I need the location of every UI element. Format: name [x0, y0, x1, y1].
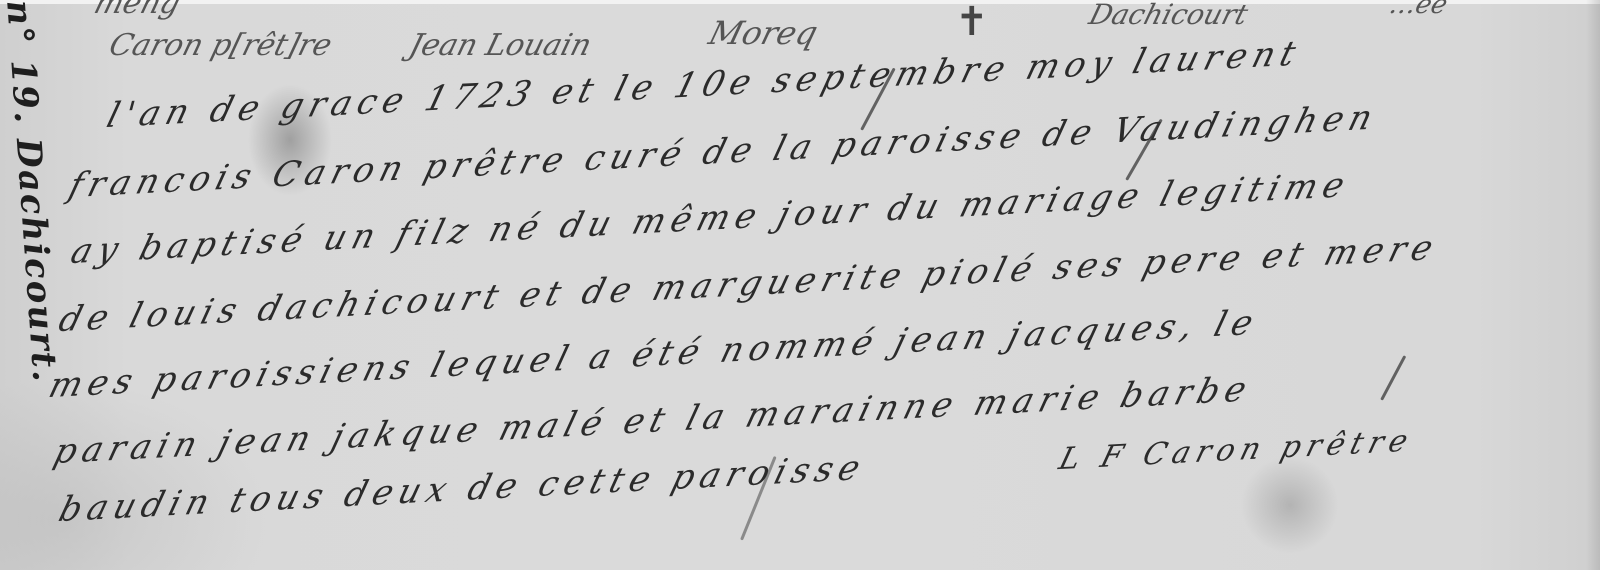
register-page: n° 19. Dachicourt. meng Caron p[rêt]re J…	[0, 0, 1600, 570]
signature-fragment-right: …ee	[1386, 0, 1451, 20]
signature-moreq: Moreq	[705, 14, 822, 52]
signature-fragment: meng	[90, 0, 184, 21]
margin-entry-number: n° 19. Dachicourt.	[0, 0, 66, 401]
ink-stroke	[1380, 355, 1406, 401]
cross-mark-icon: ✝	[955, 2, 989, 42]
scan-top-edge	[0, 0, 1600, 4]
scan-right-edge	[1586, 0, 1600, 570]
signature-jean-louain: Jean Louain	[405, 28, 595, 63]
signature-caron: Caron p[rêt]re	[105, 28, 335, 63]
priest-signature: L F Caron prêtre	[1055, 423, 1417, 477]
signature-dachicourt: Dachicourt	[1086, 0, 1252, 31]
